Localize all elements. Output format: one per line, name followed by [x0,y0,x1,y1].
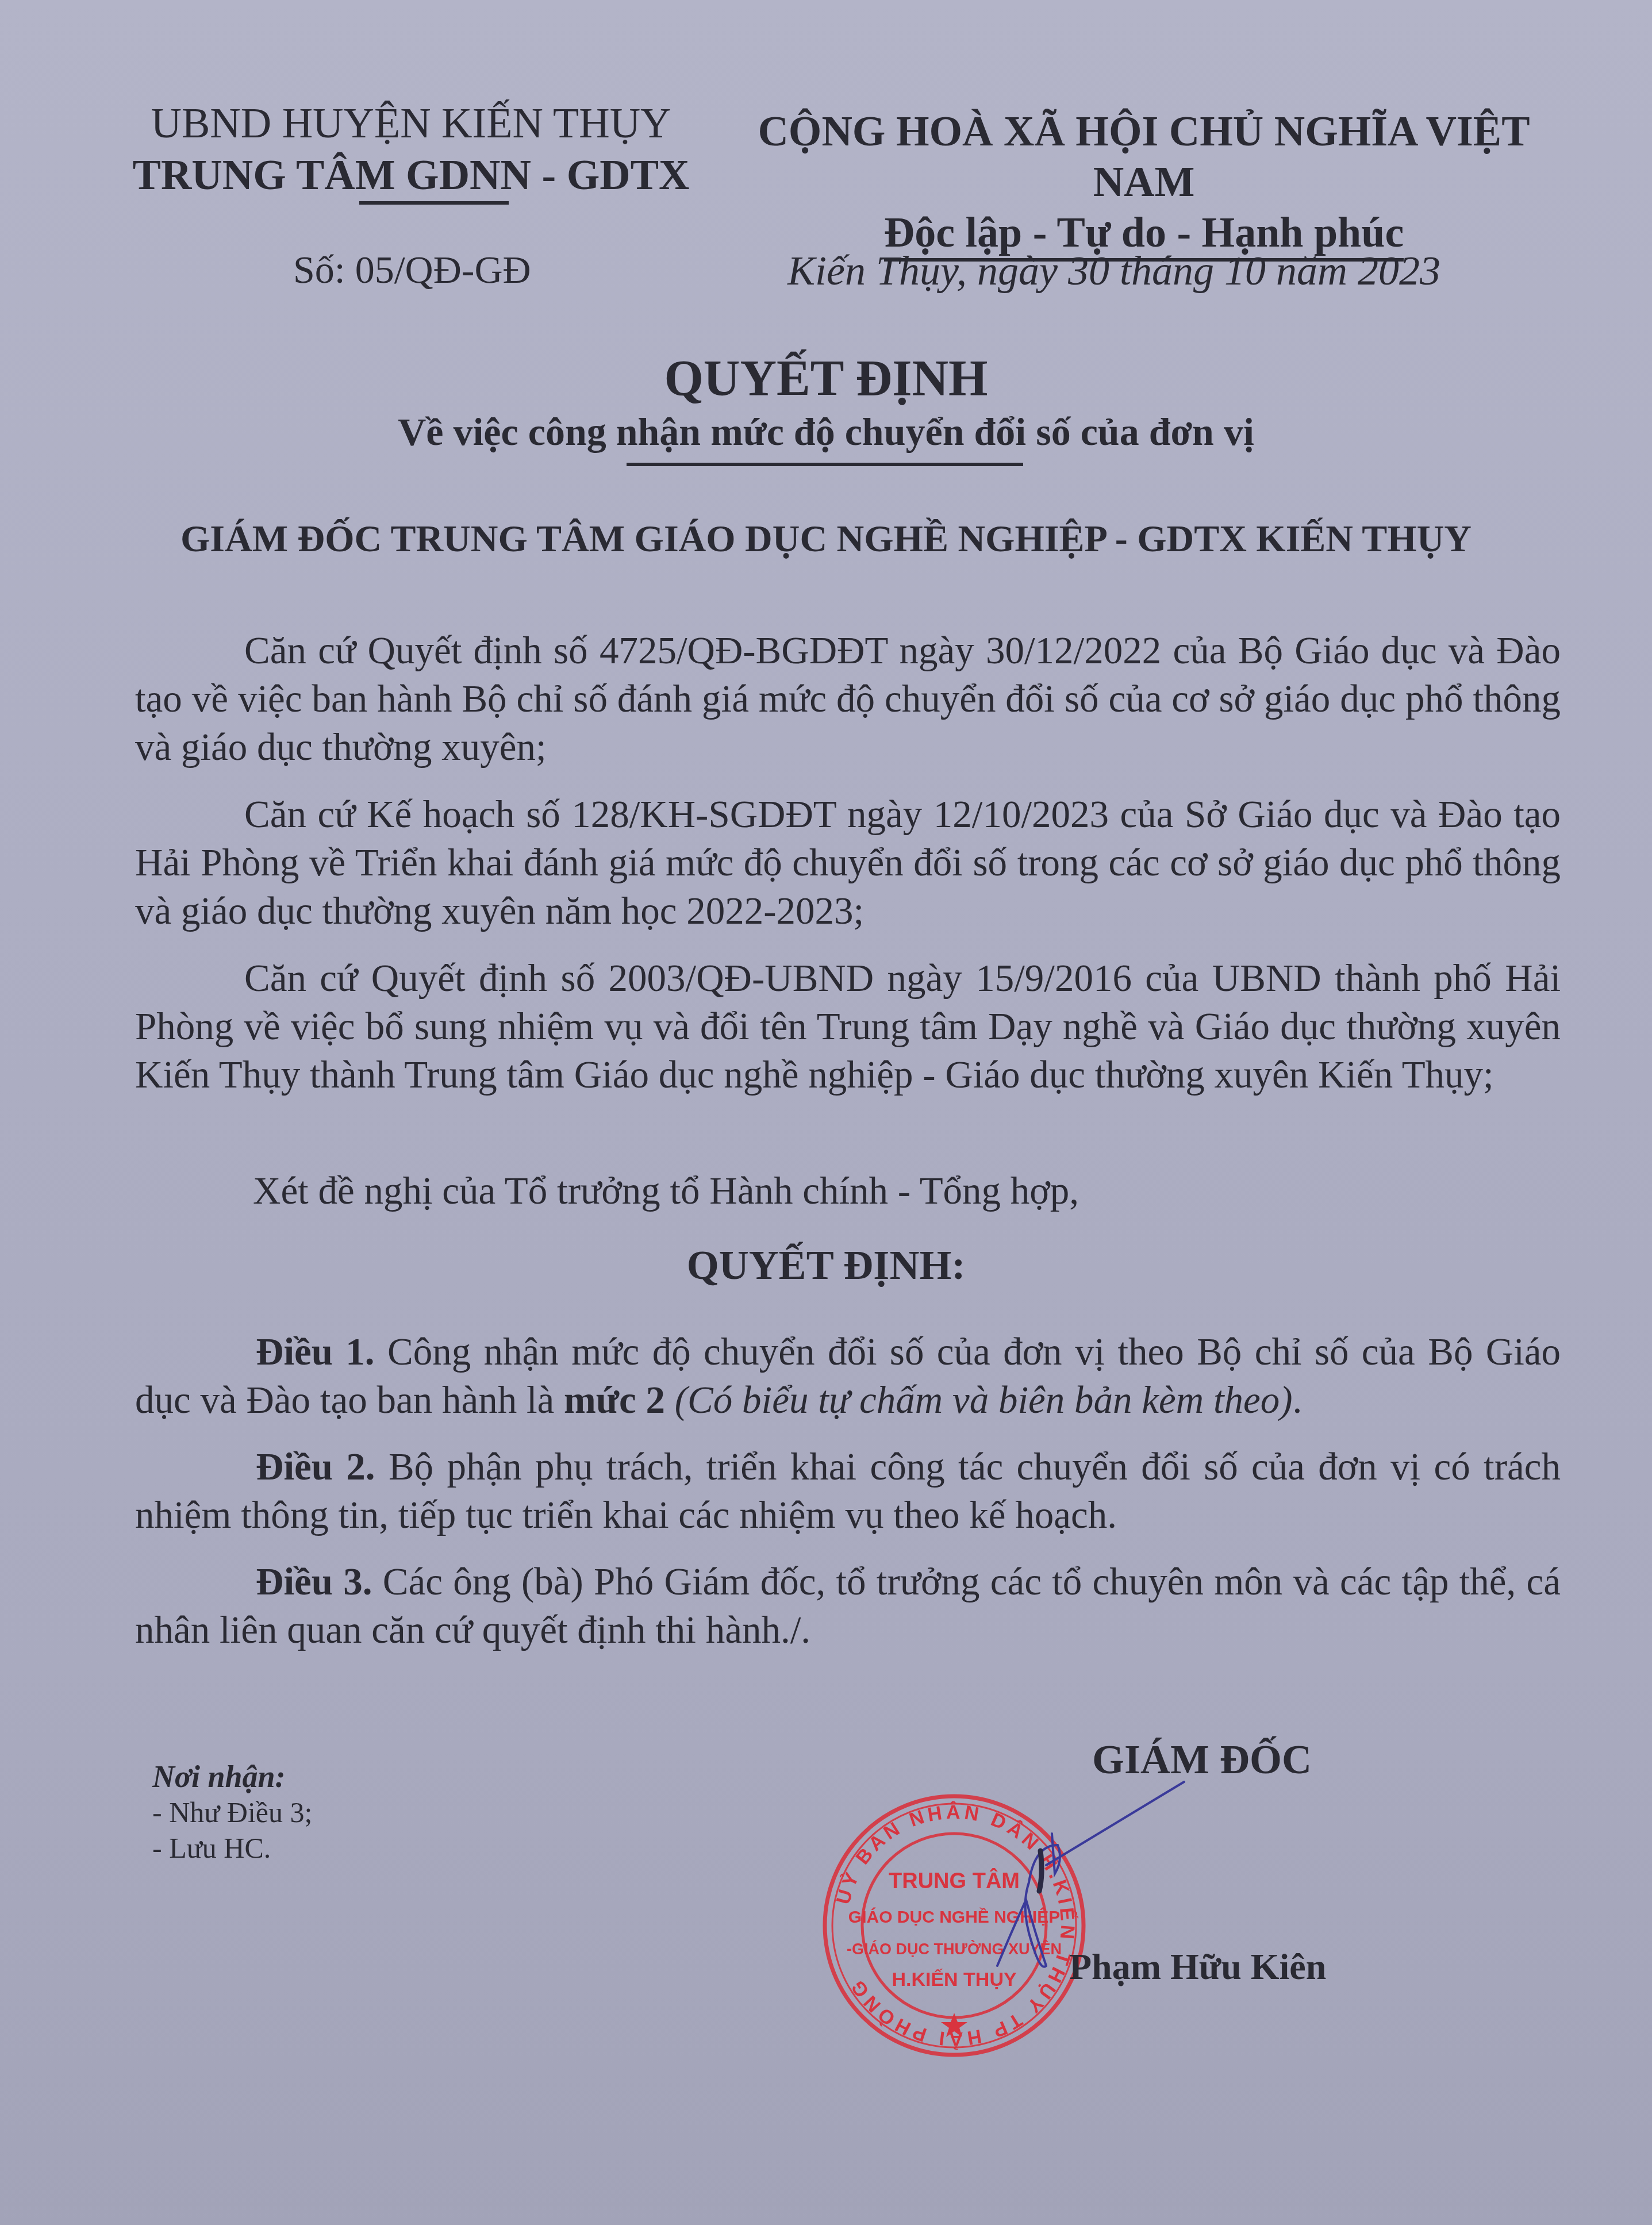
preamble-paragraph: Căn cứ Quyết định số 4725/QĐ-BGDĐT ngày … [135,627,1561,771]
decision-heading: QUYẾT ĐỊNH: [0,1242,1652,1289]
article-note: (Có biểu tự chấm và biên bản kèm theo) [665,1379,1293,1421]
recipient-item: - Như Điều 3; [152,1794,312,1830]
document-title: QUYẾT ĐỊNH [0,349,1652,408]
recipients-heading: Nơi nhận: [152,1759,312,1794]
country-name: CỘNG HOÀ XÃ HỘI CHỦ NGHĨA VIỆT NAM [719,106,1569,207]
org-name: TRUNG TÂM GDNN - GDTX [132,149,690,201]
signer-name: Phạm Hữu Kiên [1069,1946,1326,1988]
article-label: Điều 3. [256,1561,372,1603]
document-subject: Về việc công nhận mức độ chuyển đổi số c… [0,409,1652,455]
preamble-text: Căn cứ Quyết định số 2003/QĐ-UBND ngày 1… [135,957,1561,1096]
preamble-text: Xét đề nghị của Tổ trưởng tổ Hành chính … [253,1170,1079,1212]
article-label: Điều 2. [256,1446,375,1488]
recipients-block: Nơi nhận: - Như Điều 3; - Lưu HC. [152,1759,312,1866]
org-parent: UBND HUYỆN KIẾN THỤY [132,98,690,149]
preamble-paragraph: Căn cứ Kế hoạch số 128/KH-SGDĐT ngày 12/… [135,790,1561,935]
article-label: Điều 1. [256,1331,375,1373]
preamble-paragraph: Xét đề nghị của Tổ trưởng tổ Hành chính … [135,1167,1561,1215]
recipient-item: - Lưu HC. [152,1830,312,1866]
article-text: . [1293,1379,1303,1421]
document-number: Số: 05/QĐ-GĐ [293,247,531,293]
preamble-paragraph: Căn cứ Quyết định số 2003/QĐ-UBND ngày 1… [135,954,1561,1099]
place-date: Kiến Thụy, ngày 30 tháng 10 năm 2023 [787,247,1440,295]
article-3: Điều 3. Các ông (bà) Phó Giám đốc, tổ tr… [135,1558,1561,1654]
article-2: Điều 2. Bộ phận phụ trách, triển khai cô… [135,1443,1561,1539]
org-underline [359,201,509,205]
issuing-organization: UBND HUYỆN KIẾN THỤY TRUNG TÂM GDNN - GD… [132,98,690,205]
preamble-text: Căn cứ Quyết định số 4725/QĐ-BGDĐT ngày … [135,629,1561,768]
title-underline [627,463,1023,466]
article-1: Điều 1. Công nhận mức độ chuyển đổi số c… [135,1328,1561,1424]
level-value: mức 2 [564,1379,665,1421]
national-heading: CỘNG HOÀ XÃ HỘI CHỦ NGHĨA VIỆT NAM Độc l… [719,106,1569,262]
issuing-authority: GIÁM ĐỐC TRUNG TÂM GIÁO DỤC NGHỀ NGHIỆP … [0,517,1652,561]
preamble-text: Căn cứ Kế hoạch số 128/KH-SGDĐT ngày 12/… [135,793,1561,932]
